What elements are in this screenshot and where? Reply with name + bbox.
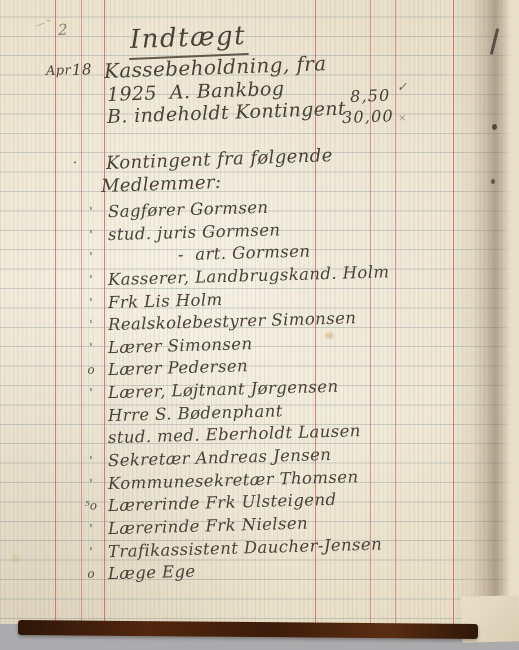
- x-mark: ×: [398, 113, 407, 124]
- member-margin-mark: ': [78, 454, 104, 469]
- paper-stain: [12, 555, 20, 562]
- member-margin-mark: [78, 415, 104, 416]
- member-margin-mark: ': [78, 250, 104, 265]
- member-margin-mark: ': [78, 386, 104, 401]
- section-heading-2: Medlemmer:: [101, 172, 222, 197]
- page-number: 2: [58, 21, 69, 39]
- member-margin-mark: [78, 438, 104, 439]
- member-margin-mark: ⁵o: [78, 499, 104, 514]
- member-margin-mark: ': [78, 544, 104, 559]
- member-name: Lærerinde Frk Nielsen: [108, 513, 309, 538]
- member-name: Læge Ege: [108, 562, 196, 583]
- amount-bankbog: 8,50: [350, 86, 391, 106]
- ledger-page: 2 Indtægt Apr 18 Kassebeholdning, fra 19…: [0, 0, 519, 624]
- margin-line: [55, 0, 56, 624]
- pencil-smudge: [36, 22, 45, 26]
- member-list: 'Sagfører Gormsen'stud. juris Gormsen'- …: [78, 201, 458, 586]
- opening-line-1: Kassebeholdning, fra: [104, 51, 327, 83]
- member-margin-mark: ': [78, 295, 104, 310]
- paper-stain: [325, 332, 334, 339]
- member-margin-mark: o: [78, 567, 104, 582]
- member-name: Lærer Simonsen: [108, 334, 253, 357]
- member-margin-mark: ': [78, 205, 104, 220]
- entry-date-day: 18: [72, 60, 93, 79]
- entry-date-month: Apr: [46, 63, 72, 79]
- page-title: Indtægt: [129, 21, 246, 55]
- pencil-smudge: [46, 19, 51, 21]
- member-margin-mark: o: [78, 363, 104, 378]
- book-cover-edge: [18, 620, 478, 639]
- section-heading-1: Kontingent fra følgende: [106, 145, 333, 174]
- member-margin-mark: ': [78, 340, 104, 355]
- member-name: Frk Lis Holm: [108, 289, 223, 311]
- member-margin-mark: ': [78, 227, 104, 242]
- check-mark: ✓: [397, 80, 408, 94]
- member-margin-mark: ': [78, 476, 104, 491]
- section-margin-mark: ·: [73, 156, 78, 171]
- amount-kontingent: 30,00: [342, 106, 394, 127]
- member-margin-mark: ': [78, 522, 104, 537]
- member-name: Sagfører Gormsen: [108, 197, 269, 220]
- member-name: Lærer Pedersen: [108, 357, 249, 380]
- member-margin-mark: ': [78, 273, 104, 288]
- member-margin-mark: ': [78, 318, 104, 333]
- paper-speck: [491, 179, 495, 184]
- scanned-ledger-scene: 2 Indtægt Apr 18 Kassebeholdning, fra 19…: [0, 0, 519, 650]
- paper-speck: [492, 124, 497, 130]
